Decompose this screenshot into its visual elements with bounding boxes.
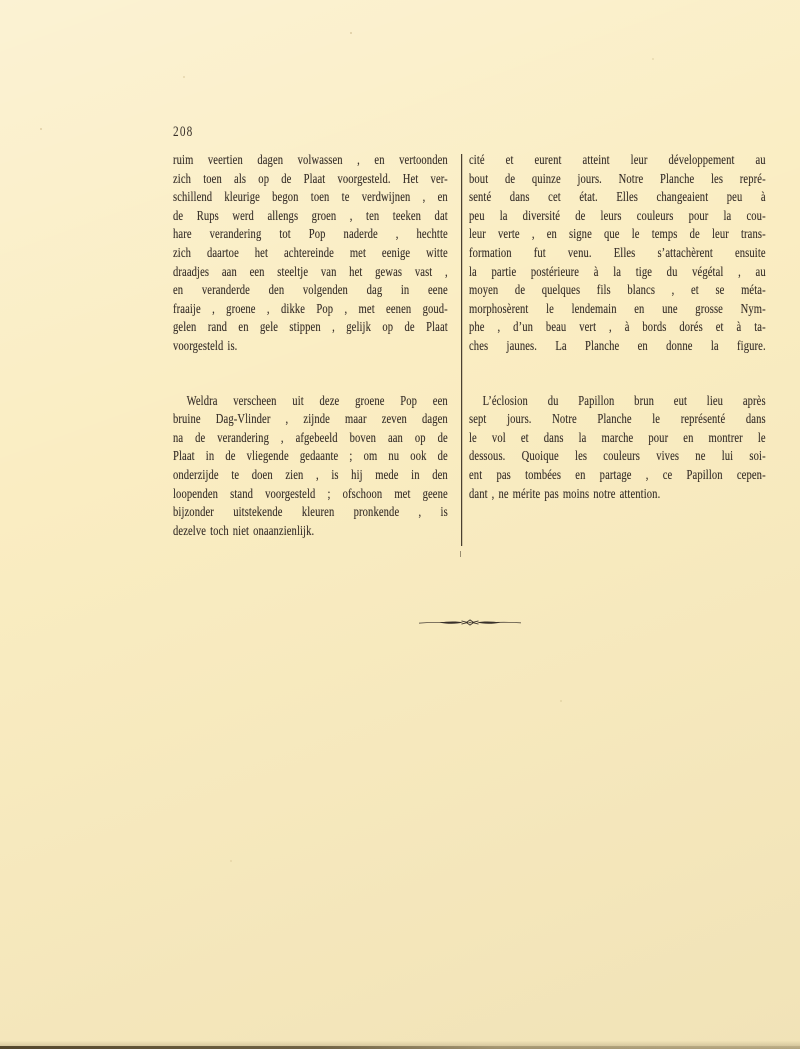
text-line: zich toen als op de Plaat voorgesteld. H… bbox=[173, 171, 448, 190]
text-line: senté dans cet état. Elles changeaient p… bbox=[469, 189, 766, 208]
text-line: dessous. Quoique les couleurs vives ne l… bbox=[469, 448, 766, 467]
text-line: formation fut venu. Elles s’attachèrent … bbox=[469, 245, 766, 264]
text-line: bout de quinze jours. Notre Planche les … bbox=[469, 171, 766, 190]
text-line: bruine Dag-Vlinder , zijnde maar zeven d… bbox=[173, 411, 448, 430]
text-line: schillend kleurige begon toen te verdwij… bbox=[173, 189, 448, 208]
text-line: fraaije , groene , dikke Pop , met eenen… bbox=[173, 301, 448, 320]
text-line: gelen rand en gele stippen , gelijk op d… bbox=[173, 319, 448, 338]
text-line: morphosèrent le lendemain en une grosse … bbox=[469, 301, 766, 320]
paragraph: cité et eurent atteint leur développemen… bbox=[469, 152, 766, 357]
column-divider-end-mark bbox=[460, 551, 461, 557]
page-bottom-edge-shadow bbox=[0, 1037, 800, 1049]
text-line: ruim veertien dagen volwassen , en verto… bbox=[173, 152, 448, 171]
text-line: sept jours. Notre Planche le représenté … bbox=[469, 411, 766, 430]
text-line: cité et eurent atteint leur développemen… bbox=[469, 152, 766, 171]
text-line: en veranderde den volgenden dag in eene bbox=[173, 282, 448, 301]
text-line: ches jaunes. La Planche en donne la figu… bbox=[469, 338, 766, 357]
text-line: phe , d’un beau vert , à bords dorés et … bbox=[469, 319, 766, 338]
text-line: de Rups werd allengs groen , ten teeken … bbox=[173, 208, 448, 227]
text-line: leur verte , en signe que le temps de le… bbox=[469, 226, 766, 245]
text-line: Plaat in de vliegende gedaante ; om nu o… bbox=[173, 448, 448, 467]
left-column-dutch-text: ruim veertien dagen volwassen , en verto… bbox=[173, 152, 448, 541]
text-line: loopenden stand voorgesteld ; ofschoon m… bbox=[173, 486, 448, 505]
paragraph: ruim veertien dagen volwassen , en verto… bbox=[173, 152, 448, 357]
text-line: la partie postérieure à la tige du végét… bbox=[469, 264, 766, 283]
text-line: le vol et dans la marche pour en montrer… bbox=[469, 430, 766, 449]
text-line: voorgesteld is. bbox=[173, 338, 448, 357]
text-line: na de verandering , afgebeeld boven aan … bbox=[173, 430, 448, 449]
tailpiece-ornament-icon bbox=[418, 617, 522, 628]
text-line: zich daartoe het achtereinde met eenige … bbox=[173, 245, 448, 264]
text-line: L’éclosion du Papillon brun eut lieu apr… bbox=[469, 393, 766, 412]
text-line: moyen de quelques fils blancs , et se mé… bbox=[469, 282, 766, 301]
page-number: 208 bbox=[173, 124, 193, 141]
text-line: dezelve toch niet onaanzienlijk. bbox=[173, 523, 448, 542]
text-line: Weldra verscheen uit deze groene Pop een bbox=[173, 393, 448, 412]
text-line: dant , ne mérite pas moins notre attenti… bbox=[469, 486, 766, 505]
column-divider-rule bbox=[461, 154, 462, 546]
paragraph: Weldra verscheen uit deze groene Pop een… bbox=[173, 393, 448, 542]
paragraph: L’éclosion du Papillon brun eut lieu apr… bbox=[469, 393, 766, 505]
text-line: bijzonder uitstekende kleuren pronkende … bbox=[173, 504, 448, 523]
text-line: peu la diversité de leurs couleurs pour … bbox=[469, 208, 766, 227]
right-column-french-text: cité et eurent atteint leur développemen… bbox=[469, 152, 766, 504]
book-page: 208 ruim veertien dagen volwassen , en v… bbox=[0, 0, 800, 1049]
text-line: draadjes aan een steeltje van het gewas … bbox=[173, 264, 448, 283]
text-line: ent pas tombées en partage , ce Papillon… bbox=[469, 467, 766, 486]
text-line: onderzijde te doen zien , is hij mede in… bbox=[173, 467, 448, 486]
paper-speckles bbox=[0, 0, 2, 2]
text-line: hare verandering tot Pop naderde , hecht… bbox=[173, 226, 448, 245]
